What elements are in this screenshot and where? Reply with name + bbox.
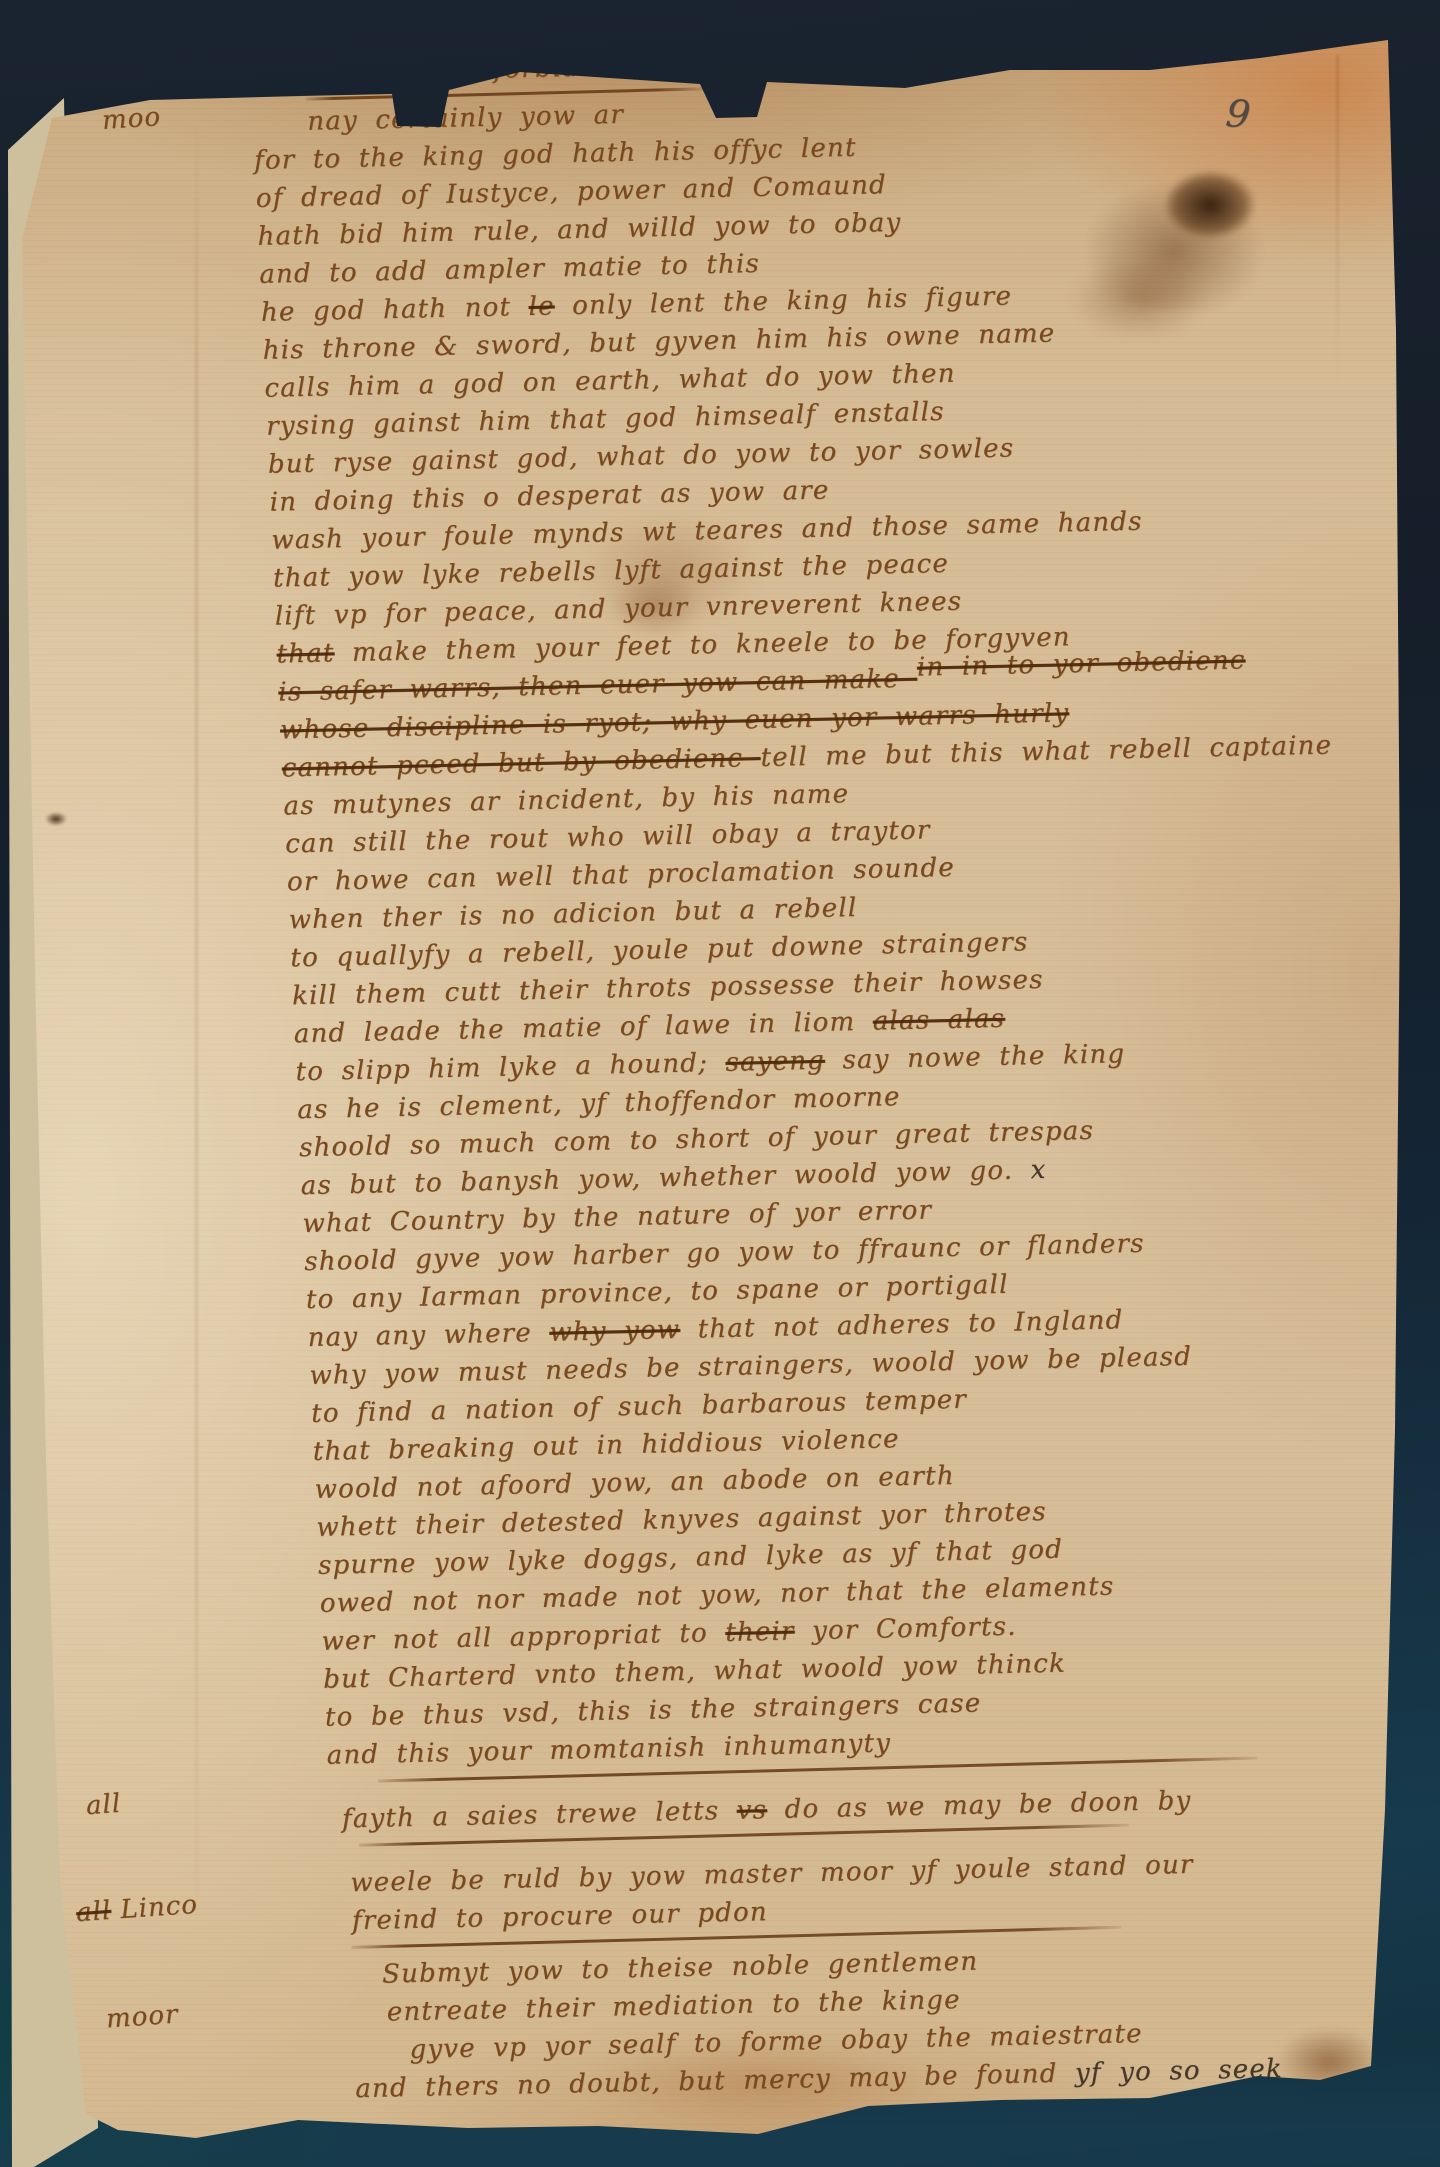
line-segment: say nowe the king [825, 1039, 1126, 1076]
margin-speech-prefix: moor [105, 2000, 179, 2035]
vertical-crease [195, 120, 198, 1930]
line-segment: vs [736, 1795, 767, 1826]
line-segment: all [75, 1896, 112, 1928]
line-segment: to slipp him lyke a hound; [295, 1048, 726, 1087]
line-segment: le [528, 291, 555, 322]
photograph-background: 9 allmooallall Lincomoor marry god forbi… [0, 0, 1440, 2167]
line-segment: wer not all appropriat to [321, 1618, 725, 1657]
line-segment: all [117, 61, 154, 93]
right-edge-crease [1336, 55, 1339, 385]
line-segment: that not adheres to Ingland [680, 1305, 1124, 1345]
line-segment: their [725, 1616, 795, 1648]
line-segment: only lent the king his figure [554, 281, 1012, 321]
line-segment: marry god forbid that [320, 51, 656, 88]
line-segment: yf yo so seek [1075, 2054, 1284, 2089]
line-segment: moo [101, 102, 162, 136]
line-segment: why yow [549, 1315, 681, 1348]
line-segment: freind to procure our pdon [352, 1897, 768, 1936]
margin-speech-prefix: all Linco [75, 1890, 199, 1928]
line-segment: fayth a saies trewe letts [342, 1796, 737, 1835]
line-segment: all [85, 1789, 122, 1821]
line-segment: yor Comforts. [794, 1612, 1017, 1647]
margin-speech-prefix: moo [101, 102, 162, 136]
margin-speech-prefix: all [117, 61, 154, 93]
line-segment: alas alas [872, 1004, 1005, 1037]
left-edge-spot [42, 810, 70, 828]
line-segment: nay certainly yow ar [307, 100, 624, 137]
line-segment: that [276, 638, 335, 669]
line-segment: nay any where [307, 1318, 549, 1353]
line-segment: moor [105, 2000, 179, 2035]
manuscript-page: 9 allmooallall Lincomoor marry god forbi… [0, 0, 1440, 2167]
margin-speech-prefix: all [85, 1789, 122, 1821]
line-segment: cannot pceed but by obedienc [281, 743, 760, 783]
line-segment: in in to yor obedienc [917, 645, 1246, 682]
line-segment: sayeng [725, 1046, 825, 1078]
manuscript-text: marry god forbid thatnay certainly yow a… [250, 33, 1361, 2110]
line-segment: x [1030, 1155, 1047, 1185]
line-segment: Linco [110, 1890, 199, 1926]
line-segment: he god hath not [261, 292, 529, 328]
